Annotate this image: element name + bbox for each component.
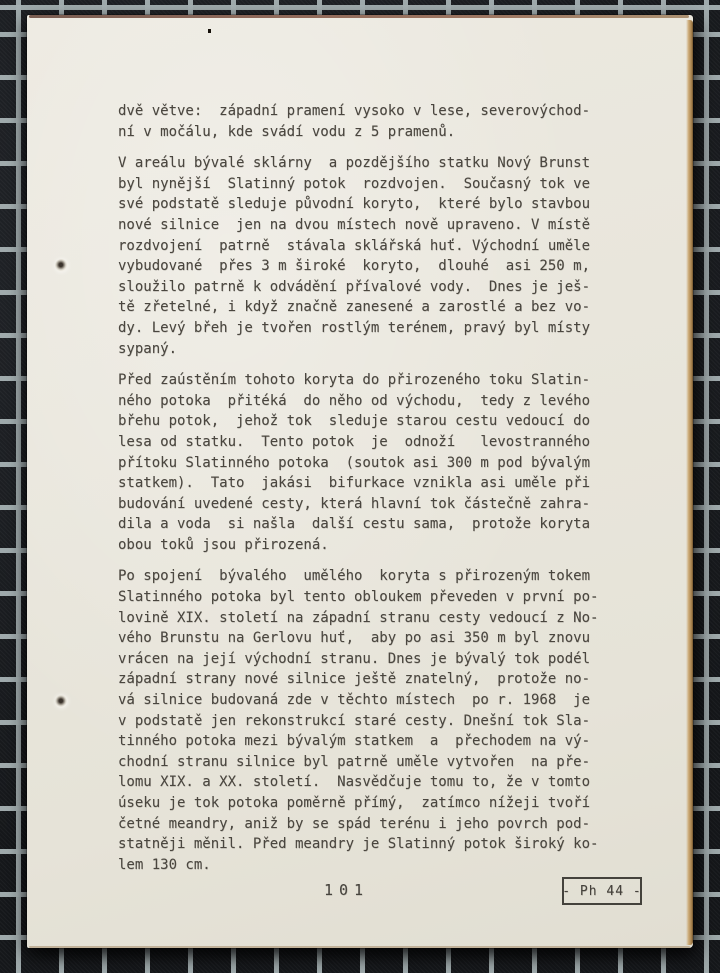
- text-line: své podstatě sleduje původní koryto, kte…: [118, 194, 618, 215]
- text-line: statněji měnil. Před meandry je Slatinný…: [118, 834, 618, 855]
- paragraph: dvě větve: západní pramení vysoko v lese…: [118, 101, 618, 142]
- paragraph: Po spojení bývalého umělého koryta s při…: [118, 566, 618, 875]
- tile-background: dvě větve: západní pramení vysoko v lese…: [0, 0, 720, 973]
- text-line: vá silnice budovaná zde v těchto místech…: [118, 690, 618, 711]
- paper-top-edge: [29, 15, 689, 18]
- text-line: Po spojení bývalého umělého koryta s při…: [118, 566, 618, 587]
- text-line: dvě větve: západní pramení vysoko v lese…: [118, 101, 618, 122]
- text-line: lovině XIX. století na západní stranu ce…: [118, 608, 618, 629]
- text-line: rozdvojení patrně stávala sklářská huť. …: [118, 236, 618, 257]
- text-line: břehu potok, jehož tok sleduje starou ce…: [118, 411, 618, 432]
- text-line: v podstatě jen rekonstrukcí staré cesty.…: [118, 711, 618, 732]
- ink-speck: [208, 29, 211, 33]
- text-line: Před zaústěním tohoto koryta do přirozen…: [118, 370, 618, 391]
- text-line: chodní stranu silnice byl patrně uměle v…: [118, 752, 618, 773]
- text-line: přítoku Slatinného potoka (soutok asi 30…: [118, 453, 618, 474]
- text-line: V areálu bývalé sklárny a pozdějšího sta…: [118, 153, 618, 174]
- text-line: vého Brunstu na Gerlovu huť, aby po asi …: [118, 628, 618, 649]
- text-line: tě zřetelné, i když značně zanesené a za…: [118, 297, 618, 318]
- text-line: sloužilo patrně k odvádění přívalové vod…: [118, 277, 618, 298]
- text-line: lem 130 cm.: [118, 855, 618, 876]
- text-line: četné meandry, aniž by se spád terénu i …: [118, 814, 618, 835]
- paper-bottom-edge: [29, 946, 690, 948]
- text-line: nové silnice jen na dvou místech nově up…: [118, 215, 618, 236]
- photo-ref-stamp: - Ph 44 -: [562, 877, 642, 905]
- paragraph: V areálu bývalé sklárny a pozdějšího sta…: [118, 153, 618, 359]
- text-line: tinného potoka mezi bývalým statkem a př…: [118, 731, 618, 752]
- page-number: 101: [324, 881, 369, 899]
- text-line: ného potoka přitéká do něho od východu, …: [118, 391, 618, 412]
- paper-right-edge: [686, 20, 693, 945]
- text-line: úseku je tok potoka poměrně přímý, zatím…: [118, 793, 618, 814]
- text-line: ní v močálu, kde svádí vodu z 5 pramenů.: [118, 122, 618, 143]
- document-page: dvě větve: západní pramení vysoko v lese…: [27, 15, 693, 948]
- text-line: budování uvedené cesty, která hlavní tok…: [118, 494, 618, 515]
- text-line: dila a voda si našla další cestu sama, p…: [118, 514, 618, 535]
- text-line: obou toků jsou přirozená.: [118, 535, 618, 556]
- punch-hole: [55, 695, 68, 708]
- punch-hole: [55, 259, 68, 272]
- paragraph: Před zaústěním tohoto koryta do přirozen…: [118, 370, 618, 555]
- text-line: vrácen na její východní stranu. Dnes je …: [118, 649, 618, 670]
- text-line: západní strany nové silnice ještě znatel…: [118, 669, 618, 690]
- typewritten-text: dvě větve: západní pramení vysoko v lese…: [118, 101, 618, 886]
- text-line: statkem). Tato jakási bifurkace vznikla …: [118, 473, 618, 494]
- text-line: sypaný.: [118, 339, 618, 360]
- text-line: vybudované přes 3 m široké koryto, dlouh…: [118, 256, 618, 277]
- text-line: dy. Levý břeh je tvořen rostlým terénem,…: [118, 318, 618, 339]
- text-line: lomu XIX. a XX. století. Nasvědčuje tomu…: [118, 772, 618, 793]
- text-line: byl nynější Slatinný potok rozdvojen. So…: [118, 174, 618, 195]
- text-line: lesa od statku. Tento potok je odnoží le…: [118, 432, 618, 453]
- text-line: Slatinného potoka byl tento obloukem pře…: [118, 587, 618, 608]
